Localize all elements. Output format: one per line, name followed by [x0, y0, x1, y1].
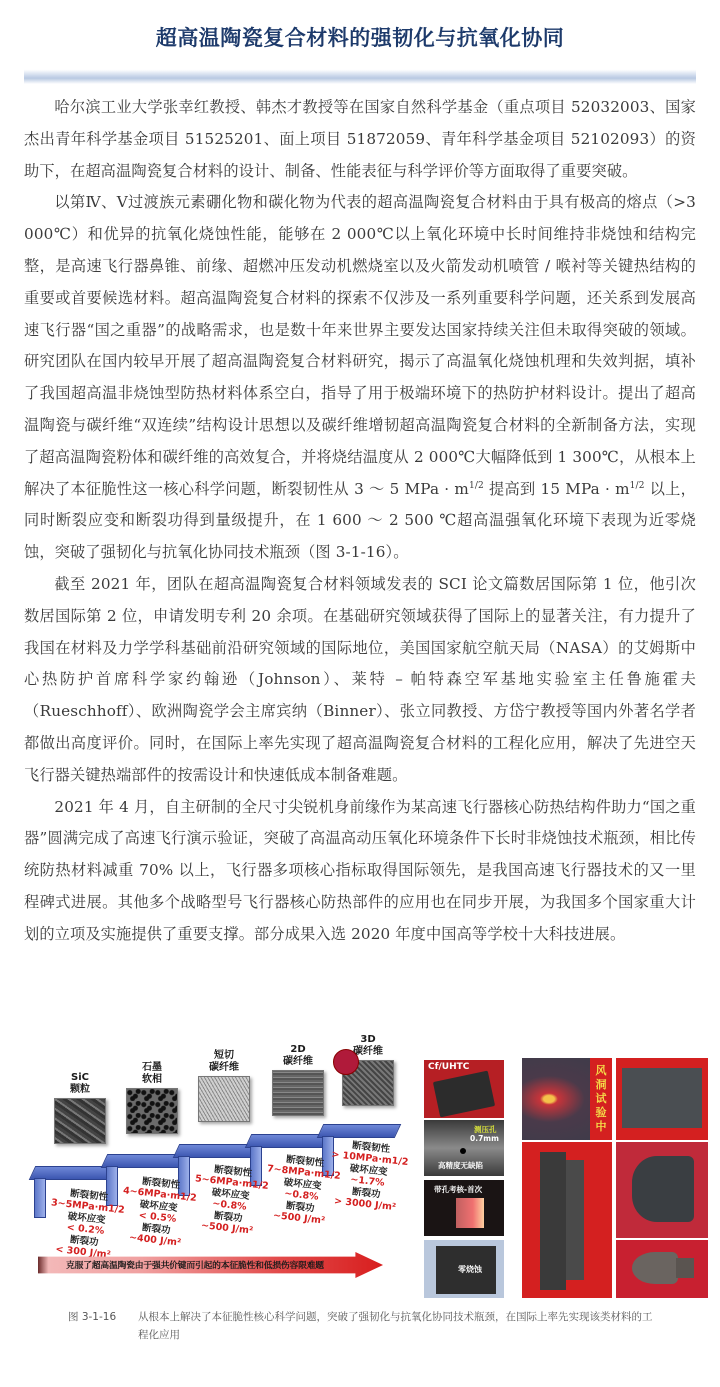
superscript: 1/2	[469, 481, 484, 491]
stage-2d-fiber: 2D 碳纤维	[260, 1044, 336, 1116]
photo-pressure-hole: 测压孔 0.7mm 高精度无缺陷	[424, 1120, 504, 1176]
photo-label: Cf/UHTC	[428, 1062, 469, 1072]
glowing-sample	[456, 1198, 484, 1228]
mount-plate	[566, 1160, 584, 1280]
vertical-label: 风 洞 试 验 中	[590, 1064, 612, 1134]
photo-plate	[616, 1058, 708, 1140]
stage-sic: SiC 颗粒	[42, 1072, 118, 1144]
wind-tunnel-label: 风 洞 试 验 中	[590, 1058, 612, 1140]
photo-nose-cone	[616, 1240, 708, 1298]
paragraph-impact: 截至 2021 年，团队在超高温陶瓷复合材料领域发表的 SCI 论文篇数居国际第…	[24, 569, 696, 792]
sem-image	[54, 1098, 106, 1144]
photo-wedge	[616, 1142, 708, 1238]
stage-label: 颗粒	[42, 1084, 118, 1096]
label-char: 风	[590, 1064, 612, 1078]
photo-label: 零烧蚀	[458, 1264, 482, 1275]
step-post	[34, 1178, 46, 1218]
label-char: 验	[590, 1106, 612, 1120]
photo-zero-ablation: 零烧蚀	[424, 1240, 504, 1298]
page-header: 超高温陶瓷复合材料的强韧化与抗氧化协同	[0, 0, 720, 90]
figure-number: 图 3-1-16	[68, 1308, 138, 1326]
paragraph-research-head: 以第Ⅳ、Ⅴ过渡族元素硼化物和碳化物为代表的超高温陶瓷复合材料由于具有极高的熔点（…	[24, 193, 696, 497]
stage-short-fiber: 短切 碳纤维	[186, 1050, 262, 1122]
stage-metrics: 断裂韧性 > 10MPa·m1/2 破坏应变 ~1.7% 断裂功 > 3000 …	[325, 1138, 412, 1215]
label-char: 试	[590, 1092, 612, 1106]
page-title: 超高温陶瓷复合材料的强韧化与抗氧化协同	[0, 22, 720, 52]
wedge-part	[632, 1156, 694, 1222]
sample-plate	[433, 1071, 495, 1118]
stage-label: 软相	[114, 1074, 190, 1086]
label-char: 洞	[590, 1078, 612, 1092]
paragraph-funding: 哈尔滨工业大学张幸红教授、韩杰才教授等在国家自然科学基金（重点项目 520320…	[24, 92, 696, 187]
photo-leading-edge	[522, 1142, 612, 1298]
caption-text: 从根本上解决了本征脆性核心科学问题，突破了强韧化与抗氧化协同技术瓶颈，在国际上率…	[138, 1308, 658, 1344]
sem-image	[198, 1076, 250, 1122]
sem-image	[272, 1070, 324, 1116]
nose-cone-stem	[676, 1258, 694, 1278]
stage-label: 碳纤维	[260, 1056, 336, 1068]
stage-label: 石墨	[114, 1062, 190, 1074]
stage-label: 3D	[330, 1034, 406, 1046]
stage-3d-fiber: 3D 碳纤维	[330, 1034, 406, 1106]
photo-label: 高精度无缺陷	[438, 1160, 483, 1171]
superscript: 1/2	[630, 481, 645, 491]
sample-plate	[622, 1068, 702, 1128]
paragraph-research: 以第Ⅳ、Ⅴ过渡族元素硼化物和碳化物为代表的超高温陶瓷复合材料由于具有极高的熔点（…	[24, 187, 696, 569]
inset-circle	[333, 1049, 359, 1075]
sem-image	[126, 1088, 178, 1134]
toughening-stages-diagram: SiC 颗粒 石墨 软相 短切 碳纤维 2D 碳纤维 3D 碳纤维	[28, 1040, 398, 1300]
stage-label: 短切	[186, 1050, 262, 1062]
application-photos: Cf/UHTC 测压孔 0.7mm 高精度无缺陷 带孔考核-首次 零烧蚀 风 洞…	[400, 1040, 700, 1300]
paragraph-research-mid: 提高到 15 MPa · m	[484, 480, 630, 498]
sem-image	[342, 1060, 394, 1106]
stage-label: 碳纤维	[186, 1062, 262, 1074]
hole-marker	[460, 1148, 466, 1154]
label-char: 中	[590, 1120, 612, 1134]
photo-label: 带孔考核-首次	[434, 1184, 482, 1195]
photo-cf-uhtc: Cf/UHTC	[424, 1060, 504, 1118]
stage-label: SiC	[42, 1072, 118, 1084]
figure-3-1-16: SiC 颗粒 石墨 软相 短切 碳纤维 2D 碳纤维 3D 碳纤维	[20, 1040, 700, 1302]
leading-edge-part	[540, 1152, 566, 1290]
photo-hole-test: 带孔考核-首次	[424, 1180, 504, 1236]
article-body: 哈尔滨工业大学张幸红教授、韩杰才教授等在国家自然科学基金（重点项目 520320…	[24, 92, 696, 951]
photo-label: 0.7mm	[470, 1134, 499, 1143]
arrow-caption: 克服了超高温陶瓷由于强共价键而引起的本征脆性和低损伤容限难题	[66, 1258, 366, 1271]
paragraph-application: 2021 年 4 月，自主研制的全尺寸尖锐机身前缘作为某高速飞行器核心防热结构件…	[24, 792, 696, 951]
stage-graphite: 石墨 软相	[114, 1062, 190, 1134]
title-gradient-band	[24, 52, 696, 84]
stage-label: 2D	[260, 1044, 336, 1056]
nose-cone-part	[632, 1252, 678, 1284]
